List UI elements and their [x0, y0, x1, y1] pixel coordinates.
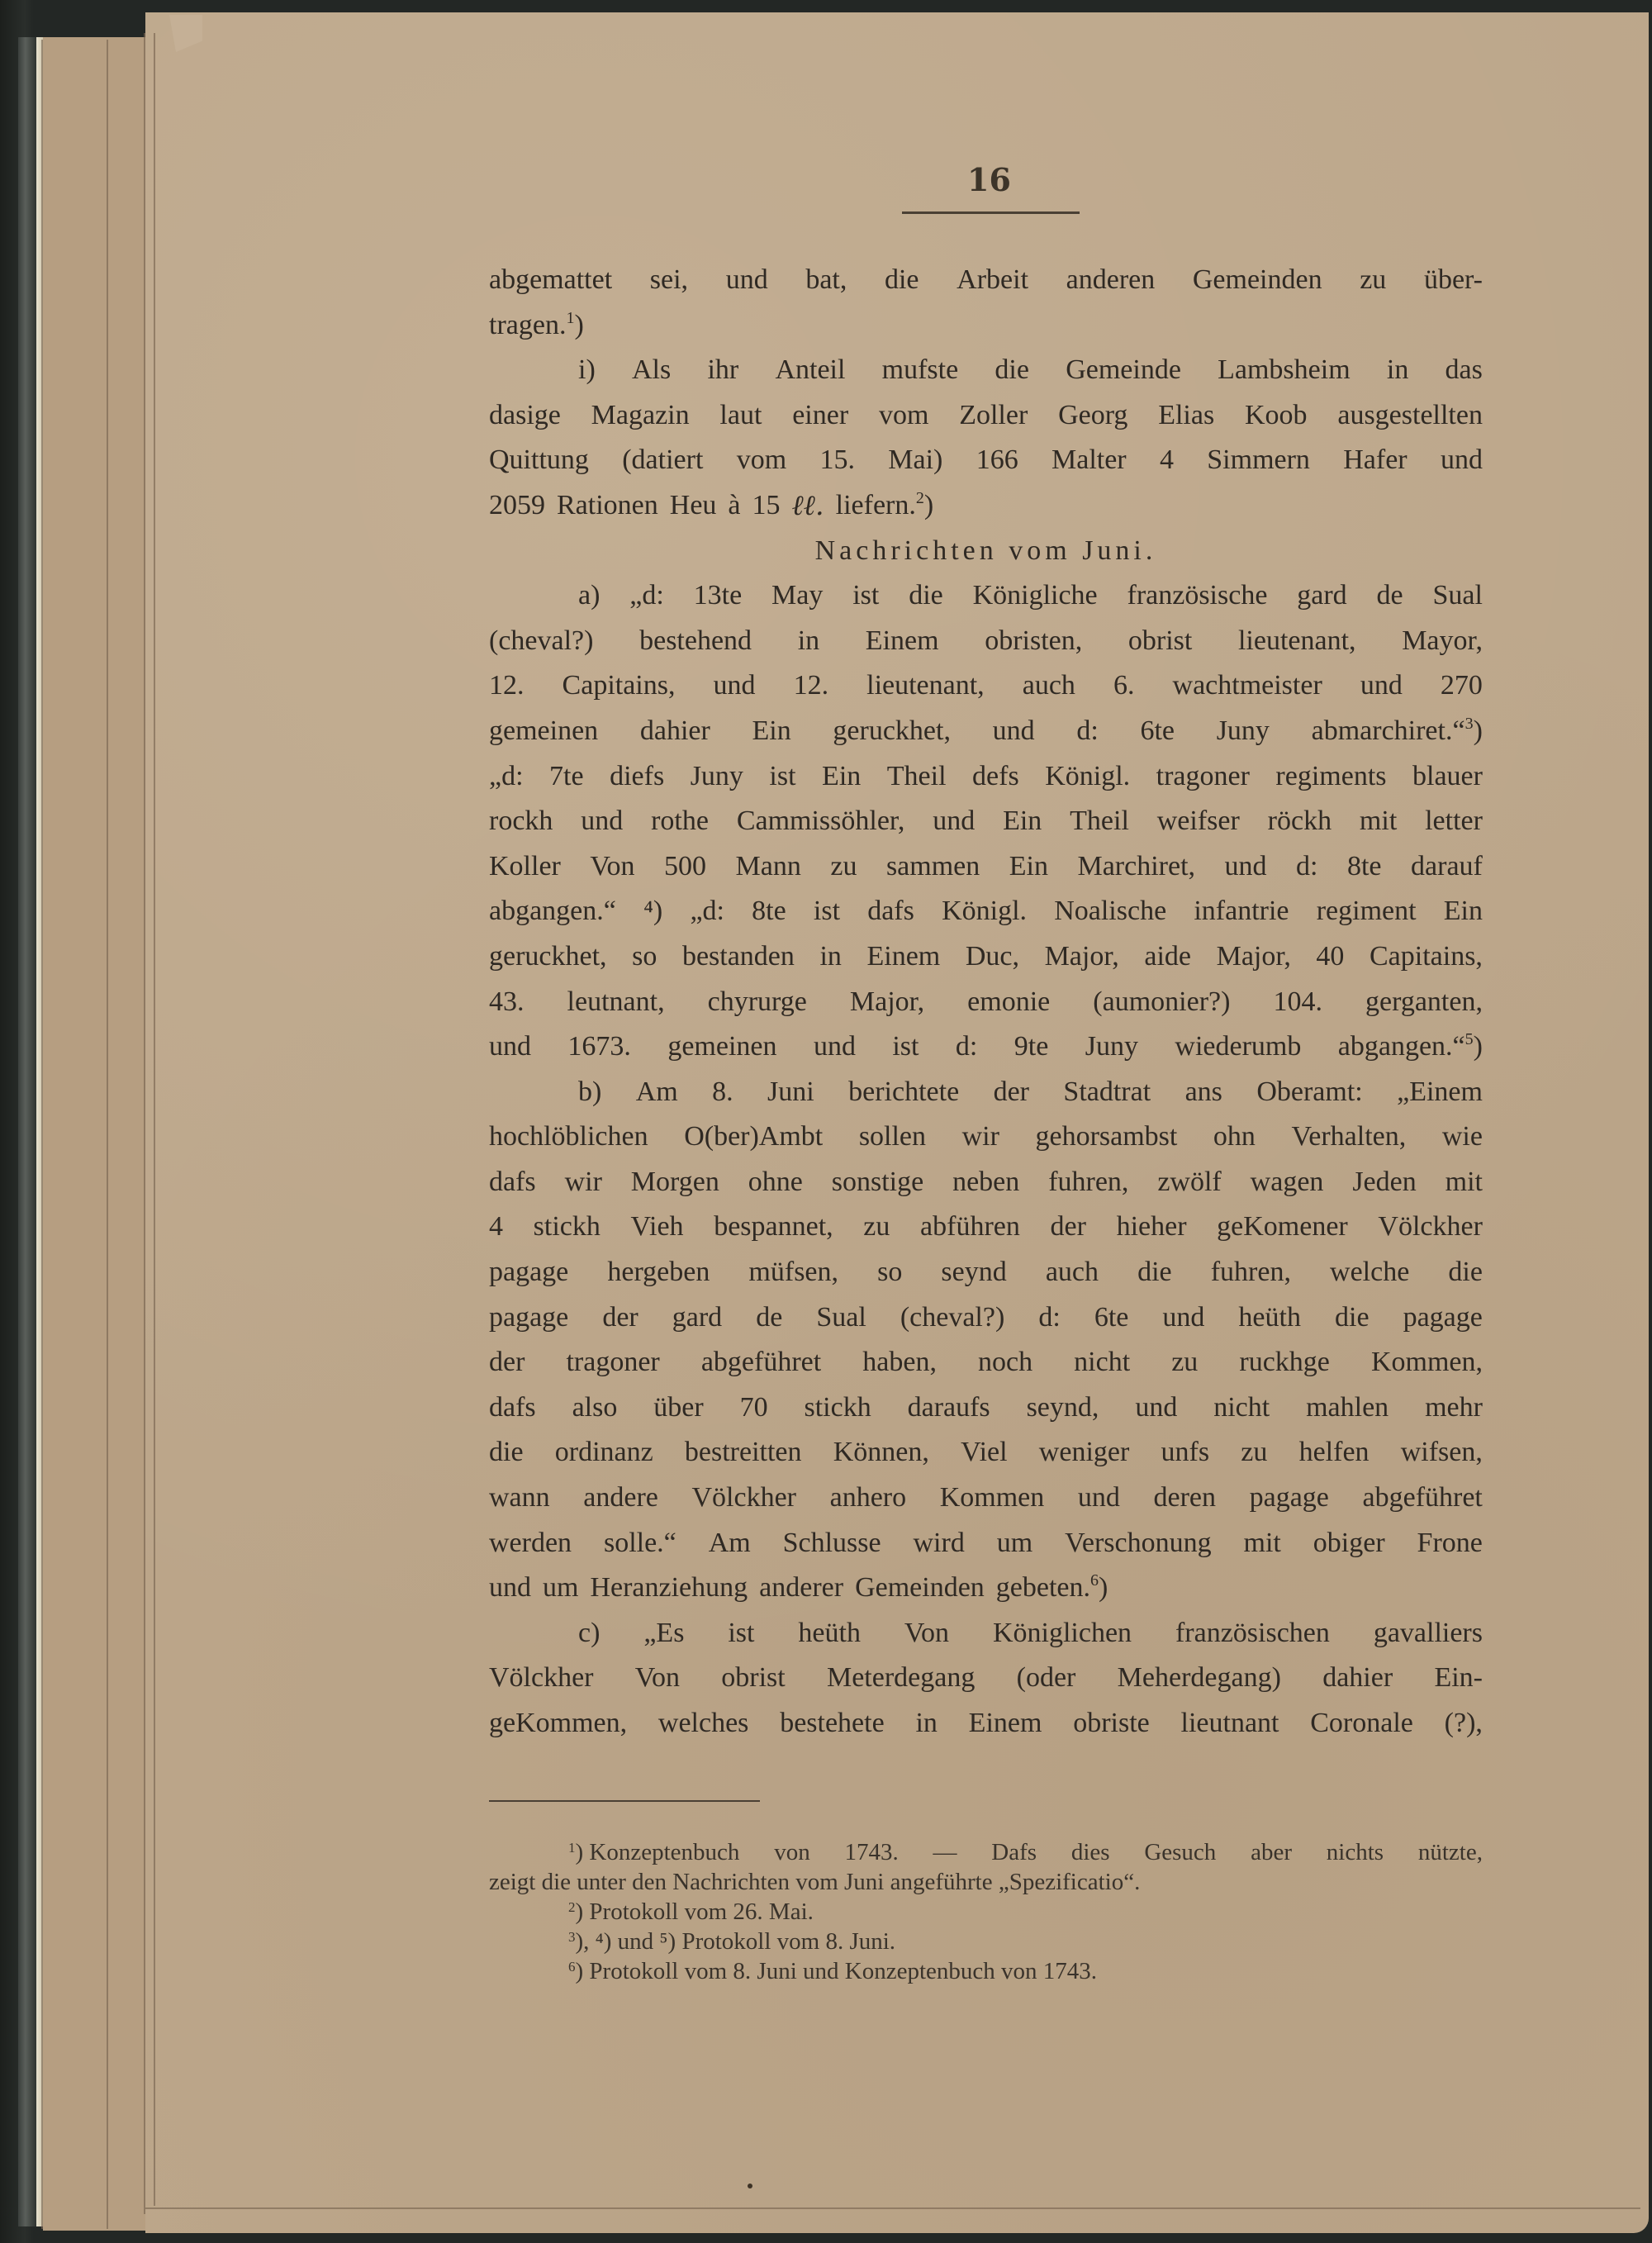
word: diefs [610, 754, 664, 800]
word: 6te [1094, 1295, 1129, 1341]
word: regiment [1317, 889, 1417, 934]
word: pagage [489, 1250, 568, 1295]
word: gard [1297, 573, 1346, 619]
footnote-word: aber [1251, 1837, 1292, 1867]
text-line: abgemattetsei,undbat,dieArbeitanderenGem… [489, 258, 1483, 303]
word: das [1445, 348, 1483, 393]
word: zwölf [1157, 1160, 1221, 1205]
word: Capitains, [1370, 934, 1483, 980]
footnote-word: — [933, 1837, 957, 1867]
word: defs [972, 754, 1019, 800]
word: (?), [1445, 1701, 1483, 1746]
word: „Einem [1397, 1070, 1483, 1115]
word: ist [769, 754, 795, 800]
word: mit [1360, 799, 1397, 844]
word: pagage [1250, 1476, 1329, 1521]
word: mit [1244, 1521, 1281, 1566]
word: 7te [549, 754, 584, 800]
footnote-marker: 5 [1465, 1030, 1474, 1048]
text-line: „d:7tediefsJunyistEinTheildefsKönigl.tra… [489, 754, 1483, 800]
word: chyrurge [708, 980, 807, 1025]
word: hergeben [607, 1250, 710, 1295]
word: französischen [1175, 1611, 1330, 1656]
word: 4 [489, 1205, 503, 1250]
word: Juny [1085, 1024, 1138, 1070]
word: 40 [1316, 934, 1344, 980]
word: blauer [1412, 754, 1483, 800]
word: zu [1360, 258, 1386, 303]
page-number-rule [902, 211, 1080, 214]
word: ist [892, 1024, 919, 1070]
footnote: 2) Protokoll vom 26. Mai. [489, 1897, 1483, 1927]
paper-speck [748, 2184, 752, 2188]
word: berichtete [848, 1070, 959, 1115]
word: „Es [643, 1611, 684, 1656]
word: Ein [752, 709, 791, 754]
word: der [994, 1070, 1029, 1115]
page-edge-line [145, 2207, 1640, 2209]
text-line: geKommen,welchesbesteheteinEinemobristel… [489, 1701, 1483, 1746]
word: a) [578, 573, 600, 619]
word: sonstige [832, 1160, 923, 1205]
text-line: pagagehergebenmüfsen,soseyndauchdiefuhre… [489, 1250, 1483, 1295]
footnotes: 1) Konzeptenbuchvon1743.—DafsdiesGesucha… [489, 1837, 1483, 1986]
word: d: [956, 1024, 977, 1070]
word: die [885, 258, 919, 303]
word: ihr [707, 348, 738, 393]
word: darauf [1411, 844, 1483, 890]
word: deren [1154, 1476, 1217, 1521]
word: wie [1442, 1114, 1483, 1160]
word: daraufs [908, 1385, 990, 1431]
page-edge-line [144, 33, 145, 2214]
word: 12. [489, 663, 525, 709]
word: auch [1046, 1250, 1099, 1295]
text-line: a)„d:13teMayistdieKöniglichefranzösische… [489, 573, 1483, 619]
word: Lambsheim [1218, 348, 1351, 393]
word: und [726, 258, 768, 303]
word: Noalische [1054, 889, 1166, 934]
word: welche [1330, 1250, 1409, 1295]
word: ist [814, 889, 840, 934]
word: gerganten, [1365, 980, 1483, 1025]
word: tragen.1) [489, 303, 584, 349]
text-line: dertragonerabgeführethaben,nochnichtzuru… [489, 1340, 1483, 1385]
word: abführen [920, 1205, 1020, 1250]
word: Duc, [966, 934, 1019, 980]
text-line: 12.Capitains,und12.lieutenant,auch6.wach… [489, 663, 1483, 709]
word: d: [1038, 1295, 1060, 1341]
page-edge-line [41, 40, 43, 2229]
word: (oder [1017, 1656, 1076, 1701]
word: (aumonier?) [1093, 980, 1230, 1025]
text-line: und1673.gemeinenundistd:9teJunywiederumb… [489, 1024, 1483, 1070]
word: Von [635, 1656, 680, 1701]
word: wifsen, [1401, 1430, 1483, 1476]
footnote: 6) Protokoll vom 8. Juni und Konzeptenbu… [489, 1956, 1483, 1986]
word: pagage [489, 1295, 568, 1341]
word: über [653, 1385, 703, 1431]
word: also [572, 1385, 618, 1431]
word: zu [863, 1205, 890, 1250]
word: Königl. [1045, 754, 1130, 800]
text-line: dieordinanzbestreittenKönnen,Vielweniger… [489, 1430, 1483, 1476]
footnote-number: 3 [568, 1929, 576, 1945]
word: „d: [629, 573, 664, 619]
footnote: 1) Konzeptenbuchvon1743.—DafsdiesGesucha… [489, 1837, 1483, 1867]
word: Simmern [1207, 438, 1310, 483]
word: mit [1445, 1160, 1483, 1205]
word: letter [1425, 799, 1483, 844]
section-heading: Nachrichten vom Juni. [489, 529, 1483, 574]
word: vom [737, 438, 786, 483]
word: noch [978, 1340, 1032, 1385]
word: obrist [721, 1656, 785, 1701]
word: Völckher [489, 1656, 594, 1701]
word: wird [914, 1521, 965, 1566]
word: und [489, 1024, 531, 1070]
word: Königl. [942, 889, 1027, 934]
word: geruckhet, [489, 934, 607, 980]
word: gemeinen [667, 1024, 776, 1070]
word: Gemeinden [1193, 258, 1322, 303]
word: Theil [887, 754, 947, 800]
footnote-word: Gesuch [1144, 1837, 1216, 1867]
word: wagen [1251, 1160, 1324, 1205]
word: gehorsambst [1035, 1114, 1177, 1160]
word: hochlöblichen [489, 1114, 648, 1160]
page-edge-line [154, 33, 155, 2206]
word: Mann [736, 844, 801, 890]
word: Arbeit [957, 258, 1028, 303]
word: Vieh [631, 1205, 684, 1250]
word: geruckhet, [833, 709, 951, 754]
footnote: zeigt die unter den Nachrichten vom Juni… [489, 1867, 1483, 1897]
footnote-word: nützte, [1418, 1837, 1483, 1867]
word: Jeden [1352, 1160, 1416, 1205]
word: Von [590, 844, 634, 890]
word: wiederumb [1175, 1024, 1301, 1070]
word: Viel [961, 1430, 1008, 1476]
word: Einem [866, 619, 939, 664]
word: O(ber)Ambt [684, 1114, 823, 1160]
footnote-word: 1743. [844, 1837, 898, 1867]
word: dahier [640, 709, 710, 754]
word: Heu [670, 483, 717, 529]
word: in [819, 934, 841, 980]
word: Kommen [940, 1476, 1045, 1521]
word: sei, [650, 258, 688, 303]
word: neben [952, 1160, 1019, 1205]
word: Völckher [1378, 1205, 1483, 1250]
word: 43. [489, 980, 525, 1025]
word: Können, [833, 1430, 929, 1476]
word: Magazin [591, 393, 690, 439]
word: zu [1241, 1430, 1267, 1476]
heading-text: Nachrichten vom Juni. [815, 529, 1157, 574]
word: zu [1171, 1340, 1198, 1385]
word: Königlichen [993, 1611, 1132, 1656]
word: seynd [941, 1250, 1006, 1295]
word: Major, [1045, 934, 1119, 980]
word: lieutenant, [1238, 619, 1356, 664]
word: Ein [822, 754, 861, 800]
word: pagage [1403, 1295, 1483, 1341]
word: (cheval?) [489, 619, 593, 664]
word: rothe [651, 799, 709, 844]
word: Verschonung [1065, 1521, 1212, 1566]
body-text: abgemattetsei,undbat,dieArbeitanderenGem… [489, 258, 1483, 1746]
word: 13te [694, 573, 743, 619]
word: c) [578, 1611, 600, 1656]
word: wann [489, 1476, 550, 1521]
footnote-marker: 6 [1090, 1571, 1099, 1590]
footnote-marker: 1 [566, 309, 574, 327]
word: so [877, 1250, 902, 1295]
word: dafs [489, 1385, 536, 1431]
word: hieher [1117, 1205, 1187, 1250]
word: Gemeinde [1066, 348, 1181, 393]
word: abmarchiret.“3) [1312, 709, 1483, 754]
word: die [995, 348, 1029, 393]
word: dafs [489, 1160, 536, 1205]
word: leutnant, [567, 980, 665, 1025]
word: Am [636, 1070, 678, 1115]
word: fuhren, [1211, 1250, 1291, 1295]
word: 166 [976, 438, 1018, 483]
word: 8. [712, 1070, 733, 1115]
word: Hafer [1343, 438, 1407, 483]
text-line: pagagedergarddeSual(cheval?)d:6teundheüt… [489, 1295, 1483, 1341]
word: abgangen.“5) [1338, 1024, 1483, 1070]
word: andere [583, 1476, 658, 1521]
word: Heranziehung [590, 1566, 748, 1611]
word: Meherdegang) [1118, 1656, 1281, 1701]
word: 104. [1273, 980, 1322, 1025]
word: ist [728, 1611, 754, 1656]
word: und [993, 709, 1035, 754]
word: Schlusse [783, 1521, 881, 1566]
word: der [1051, 1205, 1086, 1250]
word: 8te [752, 889, 786, 934]
word: weniger [1039, 1430, 1130, 1476]
word: die [909, 573, 943, 619]
word: tragoner [566, 1340, 659, 1385]
word: obrist [1128, 619, 1192, 664]
word: 500 [664, 844, 706, 890]
word: um [543, 1566, 578, 1611]
word: lieutnant [1181, 1701, 1279, 1746]
word: und [581, 799, 623, 844]
word: Kommen, [1371, 1340, 1483, 1385]
word: solle.“ [604, 1521, 676, 1566]
word: à [728, 483, 740, 529]
word: und [1360, 663, 1403, 709]
text-line: abgangen.“⁴)„d:8teistdafsKönigl.Noalisch… [489, 889, 1483, 934]
word: gemeinen [489, 709, 598, 754]
word: fuhren, [1048, 1160, 1128, 1205]
word: Ein [1009, 844, 1048, 890]
word: die [1448, 1250, 1483, 1295]
word: und [1162, 1295, 1204, 1341]
word: Ein [1003, 799, 1042, 844]
footnote-word: dies [1071, 1837, 1110, 1867]
word: Theil [1070, 799, 1129, 844]
word: 6te [1140, 709, 1175, 754]
word: gavalliers [1374, 1611, 1483, 1656]
text-line: dasigeMagazinlauteinervomZollerGeorgElia… [489, 393, 1483, 439]
word: anderen [1066, 258, 1156, 303]
footnote-number: 1 [568, 1840, 576, 1856]
word: mahlen [1306, 1385, 1389, 1431]
word: Major, [850, 980, 924, 1025]
word: stickh [804, 1385, 871, 1431]
word: und [489, 1566, 531, 1611]
word: unfs [1161, 1430, 1210, 1476]
footnote-word: 1) Konzeptenbuch [568, 1837, 739, 1867]
text-line: gemeinendahierEingeruckhet,undd:6teJunya… [489, 709, 1483, 754]
word: Ein- [1434, 1656, 1483, 1701]
word: Ein [1444, 889, 1483, 934]
word: obriste [1073, 1701, 1150, 1746]
word: Stadtrat [1063, 1070, 1151, 1115]
word: Völckher [691, 1476, 796, 1521]
word: ohne [748, 1160, 803, 1205]
word: Georg [1058, 393, 1127, 439]
word: Meterdegang [827, 1656, 975, 1701]
word: Juni [767, 1070, 814, 1115]
text-line: (cheval?)bestehendinEinemobristen,obrist… [489, 619, 1483, 664]
text-line: tragen.1) [489, 303, 1483, 349]
word: infantrie [1194, 889, 1289, 934]
word: Anteil [775, 348, 845, 393]
word: Oberamt: [1256, 1070, 1362, 1115]
word: ordinanz [555, 1430, 653, 1476]
word: heüth [798, 1611, 861, 1656]
word: und [814, 1024, 856, 1070]
footnote-number: 2 [568, 1899, 576, 1915]
text-line: i)AlsihrAnteilmufstedieGemeindeLambsheim… [489, 348, 1483, 393]
footnote-word: nichts [1327, 1837, 1384, 1867]
text-line: Quittung(datiertvom15.Mai)166Malter4Simm… [489, 438, 1483, 483]
word: ⁴) [643, 889, 662, 934]
word: müfsen, [748, 1250, 838, 1295]
word: d: [1296, 844, 1317, 890]
word: i) [578, 348, 596, 393]
word: seynd, [1027, 1385, 1099, 1431]
word: wir [565, 1160, 602, 1205]
word: die [1335, 1295, 1370, 1341]
word: 270 [1441, 663, 1483, 709]
word: abgeführet [701, 1340, 821, 1385]
word: 15 [752, 483, 781, 529]
word: Sual [816, 1295, 866, 1341]
word: b) [578, 1070, 601, 1115]
text-line: werdensolle.“AmSchlussewirdumVerschonung… [489, 1521, 1483, 1566]
word: Capitains, [563, 663, 676, 709]
word: zu [830, 844, 857, 890]
word: Sual [1432, 573, 1482, 619]
word: ruckhge [1239, 1340, 1330, 1385]
word: Gemeinden [855, 1566, 985, 1611]
word: obristen, [985, 619, 1082, 664]
word: Elias [1158, 393, 1214, 439]
footnote-word: von [774, 1837, 810, 1867]
word: Mayor, [1402, 619, 1483, 664]
word: Juny [1217, 709, 1270, 754]
word: 15. [819, 438, 855, 483]
text-line: geruckhet,sobestandeninEinemDuc,Major,ai… [489, 934, 1483, 980]
word: in [915, 1701, 937, 1746]
word: bat, [805, 258, 847, 303]
word: rockh [489, 799, 553, 844]
word: tragoner [1156, 754, 1250, 800]
text-line: wannandereVölckheranheroKommenundderenpa… [489, 1476, 1483, 1521]
word: Verhalten, [1291, 1114, 1406, 1160]
text-line: dafsalsoüber70stickhdaraufsseynd,undnich… [489, 1385, 1483, 1431]
word: „d: [690, 889, 724, 934]
footnote-marker: 2 [916, 489, 924, 507]
word: ist [852, 573, 879, 619]
word: der [489, 1340, 525, 1385]
page-number: 16 [950, 161, 1028, 198]
word: Mai) [888, 438, 942, 483]
word: nicht [1074, 1340, 1130, 1385]
word: einer [792, 393, 848, 439]
word: ausgestellten [1337, 393, 1483, 439]
word: Morgen [631, 1160, 719, 1205]
word: 8te [1347, 844, 1382, 890]
word: aide [1144, 934, 1191, 980]
word: 70 [740, 1385, 768, 1431]
word: weifser [1157, 799, 1240, 844]
word: 2059 [489, 483, 545, 529]
word: Einem [867, 934, 941, 980]
word: und [714, 663, 756, 709]
word: Einem [969, 1701, 1042, 1746]
word: ohn [1213, 1114, 1256, 1160]
word: vom [879, 393, 928, 439]
word: Koller [489, 844, 561, 890]
word: um [997, 1521, 1032, 1566]
word: Malter [1051, 438, 1127, 483]
word: 4 [1160, 438, 1174, 483]
word: Cammissöhler, [737, 799, 905, 844]
word: geKommen, [489, 1701, 627, 1746]
word: Frone [1417, 1521, 1483, 1566]
word: wir [962, 1114, 999, 1160]
footnote-separator [489, 1800, 760, 1802]
word: dahier [1322, 1656, 1393, 1701]
footnote: 3), ⁴) und ⁵) Protokoll vom 8. Juni. [489, 1927, 1483, 1956]
word: in [1387, 348, 1408, 393]
text-line: KollerVon500MannzusammenEinMarchiret,und… [489, 844, 1483, 890]
text-line: b)Am8.JuniberichtetederStadtratansOberam… [489, 1070, 1483, 1115]
word: Von [904, 1611, 949, 1656]
word: Quittung [489, 438, 589, 483]
word: Als [632, 348, 671, 393]
word: französische [1127, 573, 1268, 619]
word: (cheval?) [900, 1295, 1004, 1341]
word: Zoller [959, 393, 1028, 439]
word: der [602, 1295, 638, 1341]
word: liefern.2) [836, 483, 934, 529]
word: röckh [1268, 799, 1332, 844]
word: de [756, 1295, 782, 1341]
word: laut [719, 393, 762, 439]
word: auch [1023, 663, 1075, 709]
word: und [1441, 438, 1483, 483]
